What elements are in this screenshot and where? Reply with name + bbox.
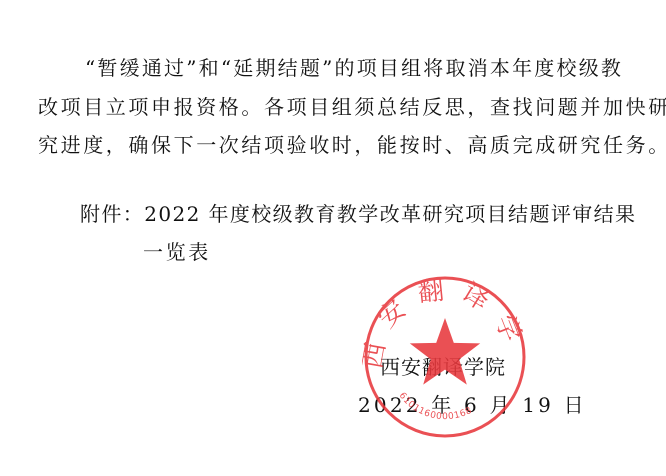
signature-organization: 西安翻译学院 <box>380 355 506 379</box>
paragraph-line-3: 究进度，确保下一次结项验收时，能按时、高质完成研究任务。 <box>38 133 666 157</box>
attachment-line-2: 一览表 <box>143 240 211 264</box>
attachment-line-1: 附件：2022 年度校级教育教学改革研究项目结题评审结果 <box>80 202 636 226</box>
paragraph-line-1: “暂缓通过”和“延期结题”的项目组将取消本年度校级教 <box>85 56 623 80</box>
signature-date: 2022 年 6 月 19 日 <box>358 393 587 417</box>
paragraph-line-2: 改项目立项申报资格。各项目组须总结反思，查找问题并加快研 <box>38 95 666 119</box>
